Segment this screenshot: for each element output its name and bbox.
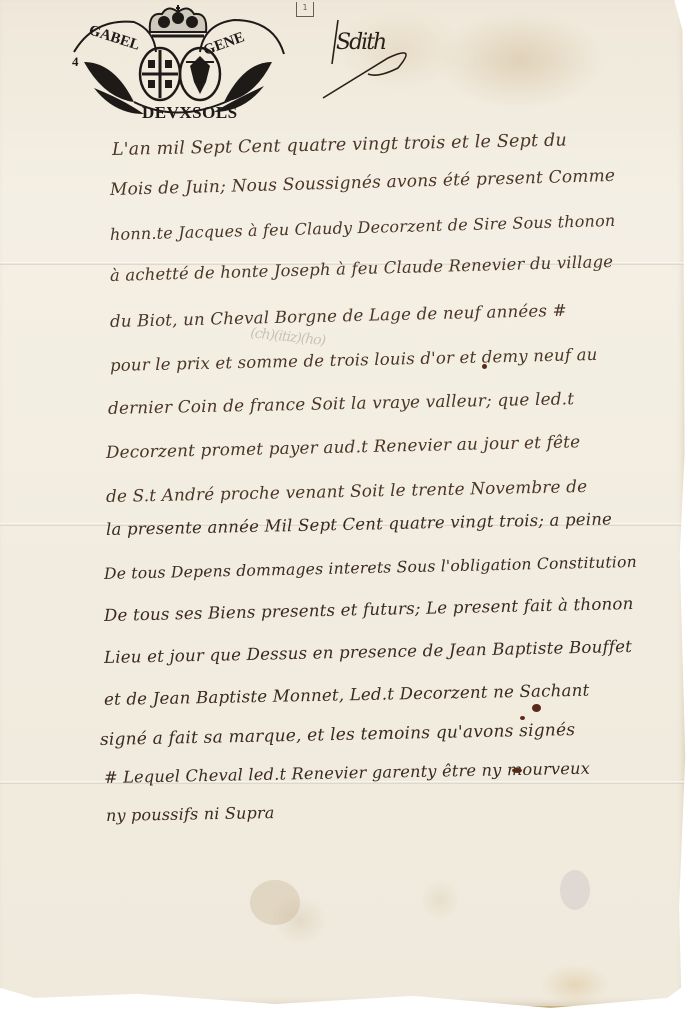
manuscript-line: et de Jean Baptiste Monnet, Led.t Decorz…	[104, 681, 590, 709]
manuscript-line: de S.t André proche venant Soit le trent…	[106, 476, 588, 506]
manuscript-line: Lieu et jour que Dessus en presence de J…	[104, 637, 632, 667]
manuscript-line: dernier Coin de france Soit la vraye val…	[108, 388, 575, 418]
document-page: GABEL GENE 4 DEVXSOLS 1 Sdith	[0, 0, 688, 1008]
ink-blot	[482, 364, 487, 369]
manuscript-line: honn.te Jacques à feu Claudy Decorzent d…	[110, 211, 616, 244]
manuscript-line: signé a fait sa marque, et les temoins q…	[100, 720, 576, 750]
manuscript-line: De tous Depens dommages interets Sous l'…	[104, 553, 637, 583]
manuscript-line: pour le prix et somme de trois louis d'o…	[110, 345, 598, 375]
manuscript-line: De tous ses Biens presents et futurs; Le…	[104, 594, 634, 625]
manuscript-line: ny poussifs ni Supra	[106, 803, 275, 825]
manuscript-line: du Biot, un Cheval Borgne de Lage de neu…	[110, 301, 567, 331]
ink-blot	[520, 716, 525, 720]
manuscript-line: la presente année Mil Sept Cent quatre v…	[106, 509, 612, 539]
ink-blot	[532, 704, 541, 712]
manuscript-line: Mois de Juin; Nous Soussignés avons été …	[110, 166, 616, 200]
ink-blot	[512, 768, 522, 773]
manuscript-line: à achetté de honte Joseph à feu Claude R…	[110, 252, 614, 285]
manuscript-line: Decorzent promet payer aud.t Renevier au…	[106, 431, 581, 462]
manuscript-line: L'an mil Sept Cent quatre vingt trois et…	[112, 130, 567, 160]
manuscript-body: L'an mil Sept Cent quatre vingt trois et…	[0, 0, 686, 1006]
